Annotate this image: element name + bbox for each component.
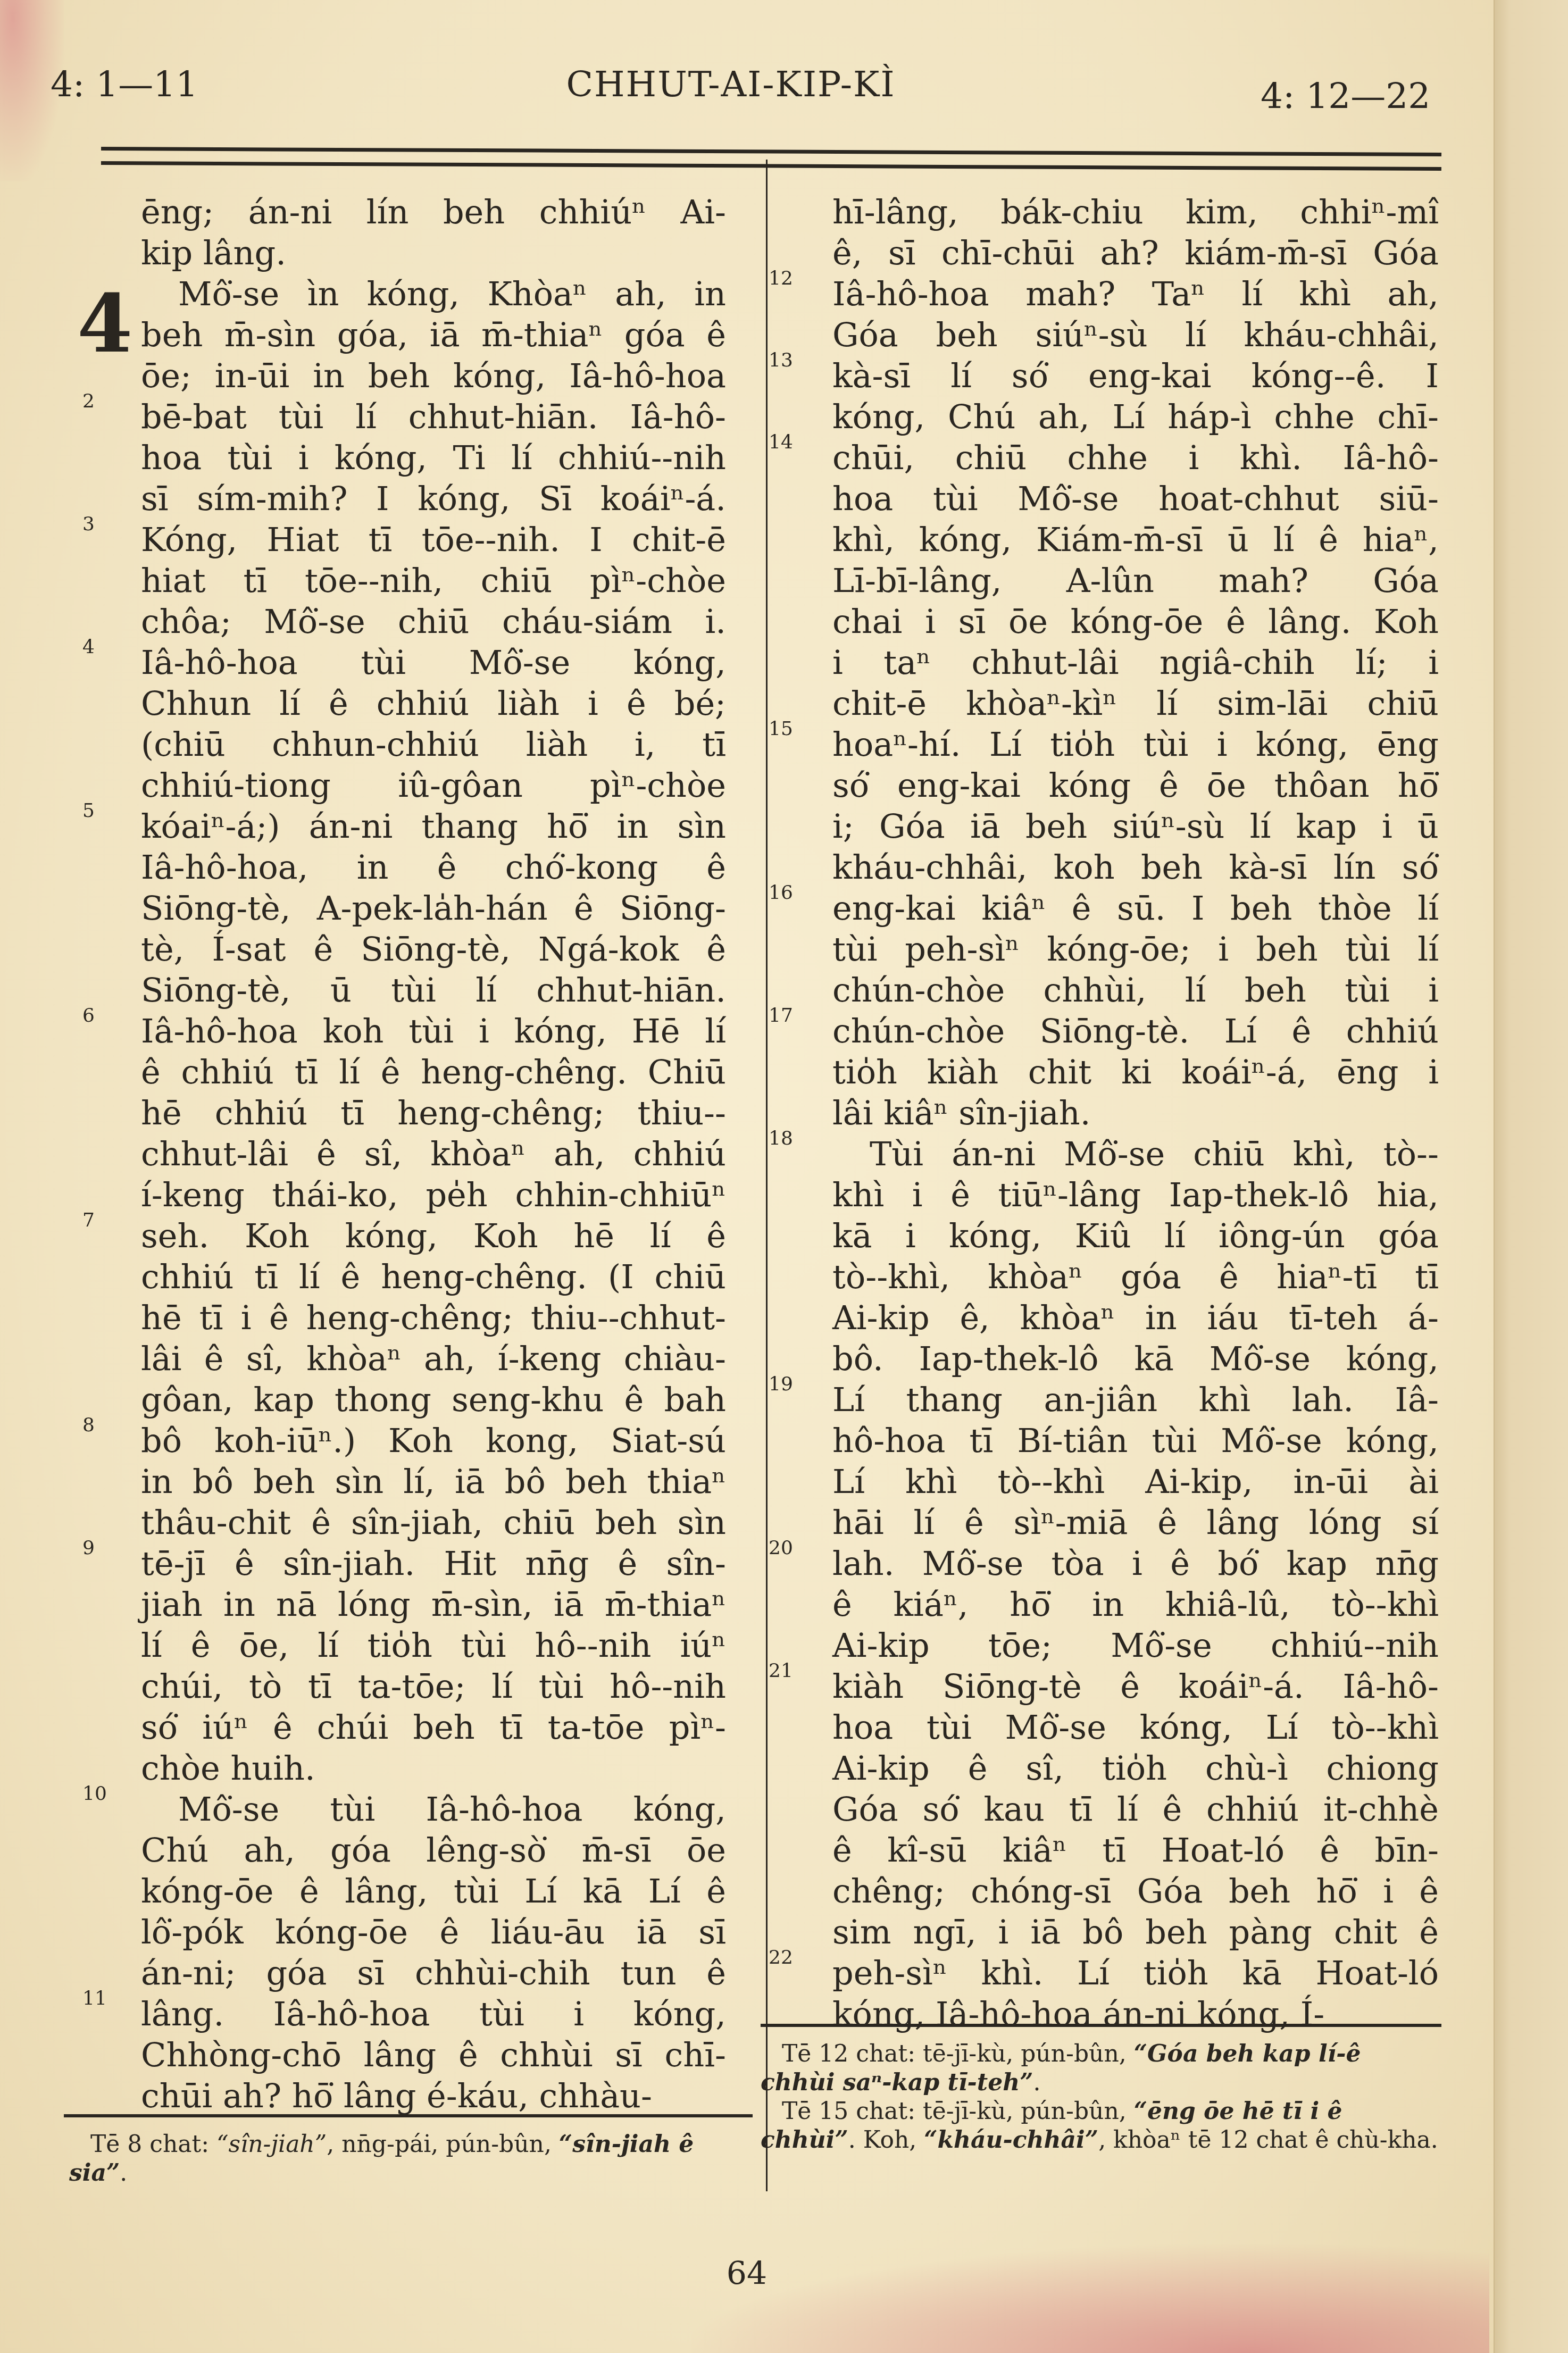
line-text: ōe; in-ūi in beh kóng, Iâ-hô-hoa xyxy=(141,356,726,395)
text-line: 22peh-sìⁿ khì. Lí tio̍h kā Hoat-ló xyxy=(790,1953,1439,1993)
footnote-text: , nn̄g-pái, pún-bûn, xyxy=(327,2131,559,2158)
text-line: Góa beh siúⁿ-sù lí kháu-chhâi, xyxy=(790,314,1439,355)
line-text: sī sím-mih? I kóng, Sī koáiⁿ-á. xyxy=(141,479,726,518)
text-line: 4Mô͘-se ìn kóng, Khòaⁿ ah, in xyxy=(93,273,726,314)
text-line: chhut-lâi ê sî, khòaⁿ ah, chhiú xyxy=(93,1133,726,1174)
verse-number: 16 xyxy=(769,882,793,904)
text-line: bô. Iap-thek-lô kā Mô͘-se kóng, xyxy=(790,1338,1439,1379)
verse-number: 17 xyxy=(769,1005,793,1027)
line-text: chhut-lâi ê sî, khòaⁿ ah, chhiú xyxy=(141,1134,726,1173)
text-line: kóng, Iâ-hô-hoa án-ni kóng, Í- xyxy=(790,1993,1439,2034)
line-text: khì, kóng, Kiám-m̄-sī ū lí ê hiaⁿ, xyxy=(832,520,1439,559)
text-line: chún-chòe chhùi, lí beh tùi i xyxy=(790,970,1439,1011)
text-line: i; Góa iā beh siúⁿ-sù lí kap i ū xyxy=(790,806,1439,847)
line-text: Ai-kip ê, khòaⁿ in iáu tī-teh á- xyxy=(832,1298,1439,1337)
text-line: chhiú-tiong iû-gôan pìⁿ-chòe xyxy=(93,765,726,806)
text-line: gôan, kap thong seng-khu ê bah xyxy=(93,1379,726,1420)
line-text: chúi, tò tī ta-tōe; lí tùi hô--nih xyxy=(141,1667,726,1706)
text-line: Góa só͘ kau tī lí ê chhiú it-chhè xyxy=(790,1789,1439,1830)
text-line: 8bô koh-iūⁿ.) Koh kong, Siat-sú xyxy=(93,1420,726,1461)
text-line: ê kiáⁿ, hō͘ in khiâ-lû, tò--khì xyxy=(790,1584,1439,1625)
footnote-verse-12: Tē 12 chat: tē-jī-kù, pún-bûn, “Góa beh … xyxy=(761,2040,1441,2097)
verse-number: 18 xyxy=(769,1128,793,1149)
line-text: chhiú-tiong iû-gôan pìⁿ-chòe xyxy=(141,766,726,805)
text-line: hī-lâng, bák-chiu kim, chhiⁿ-mî xyxy=(790,191,1439,232)
text-line: beh m̄-sìn góa, iā m̄-thiaⁿ góa ê xyxy=(93,314,726,355)
text-line: hoa tùi Mô͘-se kóng, Lí tò--khì xyxy=(790,1707,1439,1748)
page-edge-next xyxy=(1494,0,1568,2353)
line-text: í-keng thái-ko, pe̍h chhin-chhiūⁿ xyxy=(141,1175,726,1214)
text-line: i taⁿ chhut-lâi ngiâ-chih lí; i xyxy=(790,642,1439,683)
text-line: kip lâng. xyxy=(93,232,726,273)
verse-number: 6 xyxy=(82,1005,95,1027)
footnote-end: . xyxy=(120,2159,127,2187)
text-line: lí ê ōe, lí tio̍h tùi hô--nih iúⁿ xyxy=(93,1625,726,1666)
text-line: kā i kóng, Kiû lí iông-ún góa xyxy=(790,1215,1439,1256)
text-line: Chú ah, góa lêng-sò͘ m̄-sī ōe xyxy=(93,1830,726,1871)
line-text: Iâ-hô-hoa tùi Mô͘-se kóng, xyxy=(141,643,726,682)
footnotes-left: Tē 8 chat: “sîn-jiah”, nn̄g-pái, pún-bûn… xyxy=(69,2130,755,2188)
line-text: i taⁿ chhut-lâi ngiâ-chih lí; i xyxy=(832,643,1439,682)
verse-number: 21 xyxy=(769,1661,793,1682)
line-text: Góa beh siúⁿ-sù lí kháu-chhâi, xyxy=(832,315,1439,354)
text-line: 14chūi, chiū chhe i khì. Iâ-hô- xyxy=(790,437,1439,478)
line-text: hoa tùi Mô͘-se kóng, Lí tò--khì xyxy=(832,1708,1439,1747)
line-text: chòe huih. xyxy=(141,1749,315,1788)
verse-number: 12 xyxy=(769,268,793,289)
footnote-term: “sîn-jiah” xyxy=(216,2131,327,2158)
line-text: jiah in nā lóng m̄-sìn, iā m̄-thiaⁿ xyxy=(141,1585,726,1624)
verse-number: 8 xyxy=(82,1415,95,1436)
line-text: kóng-ōe ê lâng, tùi Lí kā Lí ê xyxy=(141,1872,726,1910)
verse-number: 11 xyxy=(82,1988,107,2009)
text-line: ê, sī chī-chūi ah? kiám-m̄-sī Góa xyxy=(790,232,1439,273)
line-text: Siōng-tè, A-pek-la̍h-hán ê Siōng- xyxy=(141,889,726,928)
text-line: 17chún-chòe Siōng-tè. Lí ê chhiú xyxy=(790,1011,1439,1052)
line-text: tè, Í-sat ê Siōng-tè, Ngá-kok ê xyxy=(141,930,726,969)
footnote-label: Tē 8 chat: xyxy=(69,2131,216,2158)
text-line: 19Lí thang an-jiân khì lah. Iâ- xyxy=(790,1379,1439,1420)
verse-number: 7 xyxy=(82,1210,95,1231)
line-text: tē-jī ê sîn-jiah. Hit nn̄g ê sîn- xyxy=(141,1544,726,1583)
text-line: chit-ē khòaⁿ-kìⁿ lí sim-lāi chiū xyxy=(790,683,1439,724)
column-divider xyxy=(766,160,768,2191)
text-line: hoa tùi i kóng, Ti lí chhiú--nih xyxy=(93,437,726,478)
line-text: hoa tùi i kóng, Ti lí chhiú--nih xyxy=(141,438,726,477)
line-text: Iâ-hô-hoa mah? Taⁿ lí khì ah, xyxy=(832,274,1439,313)
line-text: Mô͘-se ìn kóng, Khòaⁿ ah, in xyxy=(178,274,726,313)
line-text: kháu-chhâi, koh beh kà-sī lín só͘ xyxy=(832,848,1439,887)
text-line: 13kà-sī lí só͘ eng-kai kóng--ê. I xyxy=(790,355,1439,396)
line-text: Ai-kip tōe; Mô͘-se chhiú--nih xyxy=(832,1626,1439,1665)
text-line: hē tī i ê heng-chêng; thiu--chhut- xyxy=(93,1297,726,1338)
line-text: tò--khì, khòaⁿ góa ê hiaⁿ-tī tī xyxy=(832,1257,1439,1296)
line-text: chêng; chóng-sī Góa beh hō͘ i ê xyxy=(832,1872,1439,1910)
line-text: Iâ-hô-hoa koh tùi i kóng, Hē lí xyxy=(141,1012,726,1050)
line-text: tio̍h kiàh chit ki koáiⁿ-á, ēng i xyxy=(832,1053,1439,1091)
verse-number: 3 xyxy=(82,514,95,535)
line-text: chūi ah? hō͘ lâng é-káu, chhàu- xyxy=(141,2076,652,2115)
verse-number: 9 xyxy=(82,1538,95,1559)
line-text: án-ni; góa sī chhùi-chih tun ê xyxy=(141,1954,726,1992)
text-line: 18Tùi án-ni Mô͘-se chiū khì, tò-- xyxy=(790,1133,1439,1174)
line-text: lah. Mô͘-se tòa i ê bó͘ kap nn̄g xyxy=(832,1544,1439,1583)
footnote-label: Tē 12 chat: tē-jī-kù, pún-bûn, xyxy=(761,2040,1134,2067)
text-line: Iâ-hô-hoa, in ê chó͘-kong ê xyxy=(93,847,726,888)
text-line: 5kóaiⁿ-á;) án-ni thang hō͘ in sìn xyxy=(93,806,726,847)
text-line: só͘ iúⁿ ê chúi beh tī ta-tōe pìⁿ- xyxy=(93,1707,726,1748)
text-line: chhiú tī lí ê heng-chêng. (I chiū xyxy=(93,1256,726,1297)
footnotes-right: Tē 12 chat: tē-jī-kù, pún-bûn, “Góa beh … xyxy=(761,2040,1441,2155)
text-line: 16eng-kai kiâⁿ ê sū. I beh thòe lí xyxy=(790,888,1439,929)
left-column: ēng; án-ni lín beh chhiúⁿ Ai-kip lâng.4M… xyxy=(93,191,726,2116)
text-line: tùi peh-sìⁿ kóng-ōe; i beh tùi lí xyxy=(790,929,1439,970)
text-line: chūi ah? hō͘ lâng é-káu, chhàu- xyxy=(93,2075,726,2116)
text-line: kháu-chhâi, koh beh kà-sī lín só͘ xyxy=(790,847,1439,888)
text-line: chôa; Mô͘-se chiū cháu-siám i. xyxy=(93,601,726,642)
verse-number: 4 xyxy=(82,637,95,658)
text-line: 11lâng. Iâ-hô-hoa tùi i kóng, xyxy=(93,1993,726,2034)
text-line: í-keng thái-ko, pe̍h chhin-chhiūⁿ xyxy=(93,1174,726,1215)
verse-number: 2 xyxy=(82,391,95,412)
line-text: hô-hoa tī Bí-tiân tùi Mô͘-se kóng, xyxy=(832,1421,1439,1460)
line-text: kà-sī lí só͘ eng-kai kóng--ê. I xyxy=(832,356,1439,395)
line-text: lâng. Iâ-hô-hoa tùi i kóng, xyxy=(141,1995,726,2033)
line-text: chhiú tī lí ê heng-chêng. (I chiū xyxy=(141,1257,726,1296)
line-text: (chiū chhun-chhiú liàh i, tī xyxy=(141,725,726,764)
line-text: ēng; án-ni lín beh chhiúⁿ Ai- xyxy=(141,193,726,231)
line-text: peh-sìⁿ khì. Lí tio̍h kā Hoat-ló xyxy=(832,1954,1439,1992)
line-text: Kóng, Hiat tī tōe--nih. I chit-ē xyxy=(141,520,726,559)
line-text: Chhun lí ê chhiú liàh i ê bé; xyxy=(141,684,726,723)
text-line: 2bē-bat tùi lí chhut-hiān. Iâ-hô- xyxy=(93,396,726,437)
header-right-reference: 4: 12—22 xyxy=(1261,76,1430,116)
line-text: hoaⁿ-hí. Lí tio̍h tùi i kóng, ēng xyxy=(832,725,1439,764)
text-line: hoa tùi Mô͘-se hoat-chhut siū- xyxy=(790,478,1439,519)
text-line: án-ni; góa sī chhùi-chih tun ê xyxy=(93,1953,726,1993)
text-line: 10Mô͘-se tùi Iâ-hô-hoa kóng, xyxy=(93,1789,726,1830)
verse-number: 19 xyxy=(769,1374,793,1395)
line-text: kóng, Iâ-hô-hoa án-ni kóng, Í- xyxy=(832,1995,1324,2033)
line-text: kóng, Chú ah, Lí háp-ì chhe chī- xyxy=(832,397,1439,436)
text-line: (chiū chhun-chhiú liàh i, tī xyxy=(93,724,726,765)
line-text: seh. Koh kóng, Koh hē lí ê xyxy=(141,1216,726,1255)
footnote-term: “kháu-chhâi” xyxy=(924,2126,1098,2154)
text-line: Chhun lí ê chhiú liàh i ê bé; xyxy=(93,683,726,724)
line-text: Chú ah, góa lêng-sò͘ m̄-sī ōe xyxy=(141,1831,726,1870)
footnote-end: , khòaⁿ tē 12 chat ê chù-kha. xyxy=(1098,2126,1438,2154)
line-text: bô koh-iūⁿ.) Koh kong, Siat-sú xyxy=(141,1421,726,1460)
line-text: chôa; Mô͘-se chiū cháu-siám i. xyxy=(141,602,726,641)
line-text: lô͘-pók kóng-ōe ê liáu-āu iā sī xyxy=(141,1913,726,1951)
line-text: chai i sī ōe kóng-ōe ê lâng. Koh xyxy=(832,602,1439,641)
text-line: khì, kóng, Kiám-m̄-sī ū lí ê hiaⁿ, xyxy=(790,519,1439,560)
text-line: 15hoaⁿ-hí. Lí tio̍h tùi i kóng, ēng xyxy=(790,724,1439,765)
footnote-verse-15: Tē 15 chat: tē-jī-kù, pún-bûn, “ēng ōe h… xyxy=(761,2097,1441,2155)
line-text: lâi kiâⁿ sîn-jiah. xyxy=(832,1094,1090,1132)
line-text: kā i kóng, Kiû lí iông-ún góa xyxy=(832,1216,1439,1255)
text-line: 7seh. Koh kóng, Koh hē lí ê xyxy=(93,1215,726,1256)
verse-number: 14 xyxy=(769,432,793,453)
text-line: thâu-chit ê sîn-jiah, chiū beh sìn xyxy=(93,1502,726,1543)
line-text: eng-kai kiâⁿ ê sū. I beh thòe lí xyxy=(832,889,1439,928)
line-text: chit-ē khòaⁿ-kìⁿ lí sim-lāi chiū xyxy=(832,684,1439,723)
line-text: kóaiⁿ-á;) án-ni thang hō͘ in sìn xyxy=(141,807,726,846)
line-text: khì i ê tiūⁿ-lâng Iap-thek-lô hia, xyxy=(832,1175,1439,1214)
line-text: ê, sī chī-chūi ah? kiám-m̄-sī Góa xyxy=(832,233,1439,272)
text-line: ê chhiú tī lí ê heng-chêng. Chiū xyxy=(93,1052,726,1092)
footnote-rule-left xyxy=(64,2114,753,2117)
line-text: tùi peh-sìⁿ kóng-ōe; i beh tùi lí xyxy=(832,930,1439,969)
line-text: chún-chòe chhùi, lí beh tùi i xyxy=(832,971,1439,1009)
text-line: lâi ê sî, khòaⁿ ah, í-keng chiàu- xyxy=(93,1338,726,1379)
text-line: kóng, Chú ah, Lí háp-ì chhe chī- xyxy=(790,396,1439,437)
text-line: sim ngī, i iā bô beh pàng chit ê xyxy=(790,1912,1439,1953)
text-line: só͘ eng-kai kóng ê ōe thôan hō͘ xyxy=(790,765,1439,806)
line-text: só͘ iúⁿ ê chúi beh tī ta-tōe pìⁿ- xyxy=(141,1708,726,1747)
text-line: hô-hoa tī Bí-tiân tùi Mô͘-se kóng, xyxy=(790,1420,1439,1461)
line-text: kip lâng. xyxy=(141,233,286,272)
line-text: gôan, kap thong seng-khu ê bah xyxy=(141,1380,726,1419)
text-line: Siōng-tè, A-pek-la̍h-hán ê Siōng- xyxy=(93,888,726,929)
text-line: Chhòng-chō lâng ê chhùi sī chī- xyxy=(93,2034,726,2075)
line-text: Chhòng-chō lâng ê chhùi sī chī- xyxy=(141,2035,726,2074)
text-line: chòe huih. xyxy=(93,1748,726,1789)
text-line: ê kî-sū kiâⁿ tī Hoat-ló ê bīn- xyxy=(790,1830,1439,1871)
running-header: 4: 1—11 CHHUT-AI-KIP-KÌ 4: 12—22 xyxy=(0,53,1494,117)
text-line: lâi kiâⁿ sîn-jiah. xyxy=(790,1092,1439,1133)
footnote-text: . Koh, xyxy=(848,2126,924,2154)
line-text: kiàh Siōng-tè ê koáiⁿ-á. Iâ-hô- xyxy=(832,1667,1439,1706)
line-text: Lí khì tò--khì Ai-kip, in-ūi ài xyxy=(832,1462,1439,1501)
text-line: hiat tī tōe--nih, chiū pìⁿ-chòe xyxy=(93,560,726,601)
line-text: hē chhiú tī heng-chêng; thiu-- xyxy=(141,1094,726,1132)
footnote-label: Tē 15 chat: tē-jī-kù, pún-bûn, xyxy=(761,2098,1134,2125)
line-text: Lí thang an-jiân khì lah. Iâ- xyxy=(832,1380,1439,1419)
line-text: Iâ-hô-hoa, in ê chó͘-kong ê xyxy=(141,848,726,887)
line-text: in bô beh sìn lí, iā bô beh thiaⁿ xyxy=(141,1462,726,1501)
text-line: chúi, tò tī ta-tōe; lí tùi hô--nih xyxy=(93,1666,726,1707)
line-text: lí ê ōe, lí tio̍h tùi hô--nih iúⁿ xyxy=(141,1626,726,1665)
text-line: Siōng-tè, ū tùi lí chhut-hiān. xyxy=(93,970,726,1011)
text-line: kóng-ōe ê lâng, tùi Lí kā Lí ê xyxy=(93,1871,726,1912)
line-text: lâi ê sî, khòaⁿ ah, í-keng chiàu- xyxy=(141,1339,726,1378)
line-text: hoa tùi Mô͘-se hoat-chhut siū- xyxy=(832,479,1439,518)
verse-number: 22 xyxy=(769,1947,793,1968)
footnote-verse-8: Tē 8 chat: “sîn-jiah”, nn̄g-pái, pún-bûn… xyxy=(69,2130,755,2188)
line-text: chún-chòe Siōng-tè. Lí ê chhiú xyxy=(832,1012,1439,1050)
line-text: bē-bat tùi lí chhut-hiān. Iâ-hô- xyxy=(141,397,726,436)
text-line: ēng; án-ni lín beh chhiúⁿ Ai- xyxy=(93,191,726,232)
text-line: khì i ê tiūⁿ-lâng Iap-thek-lô hia, xyxy=(790,1174,1439,1215)
text-line: 21kiàh Siōng-tè ê koáiⁿ-á. Iâ-hô- xyxy=(790,1666,1439,1707)
text-line: lô͘-pók kóng-ōe ê liáu-āu iā sī xyxy=(93,1912,726,1953)
line-text: Lī-bī-lâng, A-lûn mah? Góa xyxy=(832,561,1439,600)
line-text: hāi lí ê sìⁿ-miā ê lâng lóng sí xyxy=(832,1503,1439,1542)
line-text: Tùi án-ni Mô͘-se chiū khì, tò-- xyxy=(870,1134,1439,1173)
line-text: ê kî-sū kiâⁿ tī Hoat-ló ê bīn- xyxy=(832,1831,1439,1870)
text-line: Lí khì tò--khì Ai-kip, in-ūi ài xyxy=(790,1461,1439,1502)
text-line: ōe; in-ūi in beh kóng, Iâ-hô-hoa xyxy=(93,355,726,396)
text-line: hāi lí ê sìⁿ-miā ê lâng lóng sí xyxy=(790,1502,1439,1543)
line-text: Góa só͘ kau tī lí ê chhiú it-chhè xyxy=(832,1790,1439,1829)
text-line: in bô beh sìn lí, iā bô beh thiaⁿ xyxy=(93,1461,726,1502)
text-line: tio̍h kiàh chit ki koáiⁿ-á, ēng i xyxy=(790,1052,1439,1092)
text-line: Ai-kip tōe; Mô͘-se chhiú--nih xyxy=(790,1625,1439,1666)
line-text: Siōng-tè, ū tùi lí chhut-hiān. xyxy=(141,971,726,1009)
line-text: hē tī i ê heng-chêng; thiu--chhut- xyxy=(141,1298,726,1337)
line-text: thâu-chit ê sîn-jiah, chiū beh sìn xyxy=(141,1503,726,1542)
text-line: 6Iâ-hô-hoa koh tùi i kóng, Hē lí xyxy=(93,1011,726,1052)
text-line: 20lah. Mô͘-se tòa i ê bó͘ kap nn̄g xyxy=(790,1543,1439,1584)
text-line: chai i sī ōe kóng-ōe ê lâng. Koh xyxy=(790,601,1439,642)
text-line: chêng; chóng-sī Góa beh hō͘ i ê xyxy=(790,1871,1439,1912)
text-line: Ai-kip ê, khòaⁿ in iáu tī-teh á- xyxy=(790,1297,1439,1338)
right-column: hī-lâng, bák-chiu kim, chhiⁿ-mîê, sī chī… xyxy=(790,191,1439,2034)
line-text: Mô͘-se tùi Iâ-hô-hoa kóng, xyxy=(178,1790,726,1829)
footnote-end: . xyxy=(1033,2069,1041,2096)
footnote-rule-right xyxy=(761,2024,1441,2027)
text-line: sī sím-mih? I kóng, Sī koáiⁿ-á. xyxy=(93,478,726,519)
text-line: hē chhiú tī heng-chêng; thiu-- xyxy=(93,1092,726,1133)
line-text: hiat tī tōe--nih, chiū pìⁿ-chòe xyxy=(141,561,726,600)
line-text: hī-lâng, bák-chiu kim, chhiⁿ-mî xyxy=(832,193,1439,231)
line-text: beh m̄-sìn góa, iā m̄-thiaⁿ góa ê xyxy=(141,315,726,354)
text-line: tè, Í-sat ê Siōng-tè, Ngá-kok ê xyxy=(93,929,726,970)
page-number: 64 xyxy=(0,2255,1494,2292)
text-line: 3Kóng, Hiat tī tōe--nih. I chit-ē xyxy=(93,519,726,560)
verse-number: 13 xyxy=(769,350,793,371)
line-text: bô. Iap-thek-lô kā Mô͘-se kóng, xyxy=(832,1339,1439,1378)
text-line: 4Iâ-hô-hoa tùi Mô͘-se kóng, xyxy=(93,642,726,683)
line-text: só͘ eng-kai kóng ê ōe thôan hō͘ xyxy=(832,766,1439,805)
verse-number: 20 xyxy=(769,1538,793,1559)
line-text: sim ngī, i iā bô beh pàng chit ê xyxy=(832,1913,1439,1951)
line-text: Ai-kip ê sî, tio̍h chù-ì chiong xyxy=(832,1749,1439,1788)
verse-number: 5 xyxy=(82,800,95,822)
text-line: 12Iâ-hô-hoa mah? Taⁿ lí khì ah, xyxy=(790,273,1439,314)
text-line: jiah in nā lóng m̄-sìn, iā m̄-thiaⁿ xyxy=(93,1584,726,1625)
line-text: chūi, chiū chhe i khì. Iâ-hô- xyxy=(832,438,1439,477)
verse-number: 15 xyxy=(769,719,793,740)
text-line: 9tē-jī ê sîn-jiah. Hit nn̄g ê sîn- xyxy=(93,1543,726,1584)
text-line: Lī-bī-lâng, A-lûn mah? Góa xyxy=(790,560,1439,601)
line-text: ê kiáⁿ, hō͘ in khiâ-lû, tò--khì xyxy=(832,1585,1439,1624)
line-text: i; Góa iā beh siúⁿ-sù lí kap i ū xyxy=(832,807,1439,846)
verse-number: 10 xyxy=(82,1783,107,1805)
line-text: ê chhiú tī lí ê heng-chêng. Chiū xyxy=(141,1053,726,1091)
text-line: Ai-kip ê sî, tio̍h chù-ì chiong xyxy=(790,1748,1439,1789)
text-line: tò--khì, khòaⁿ góa ê hiaⁿ-tī tī xyxy=(790,1256,1439,1297)
